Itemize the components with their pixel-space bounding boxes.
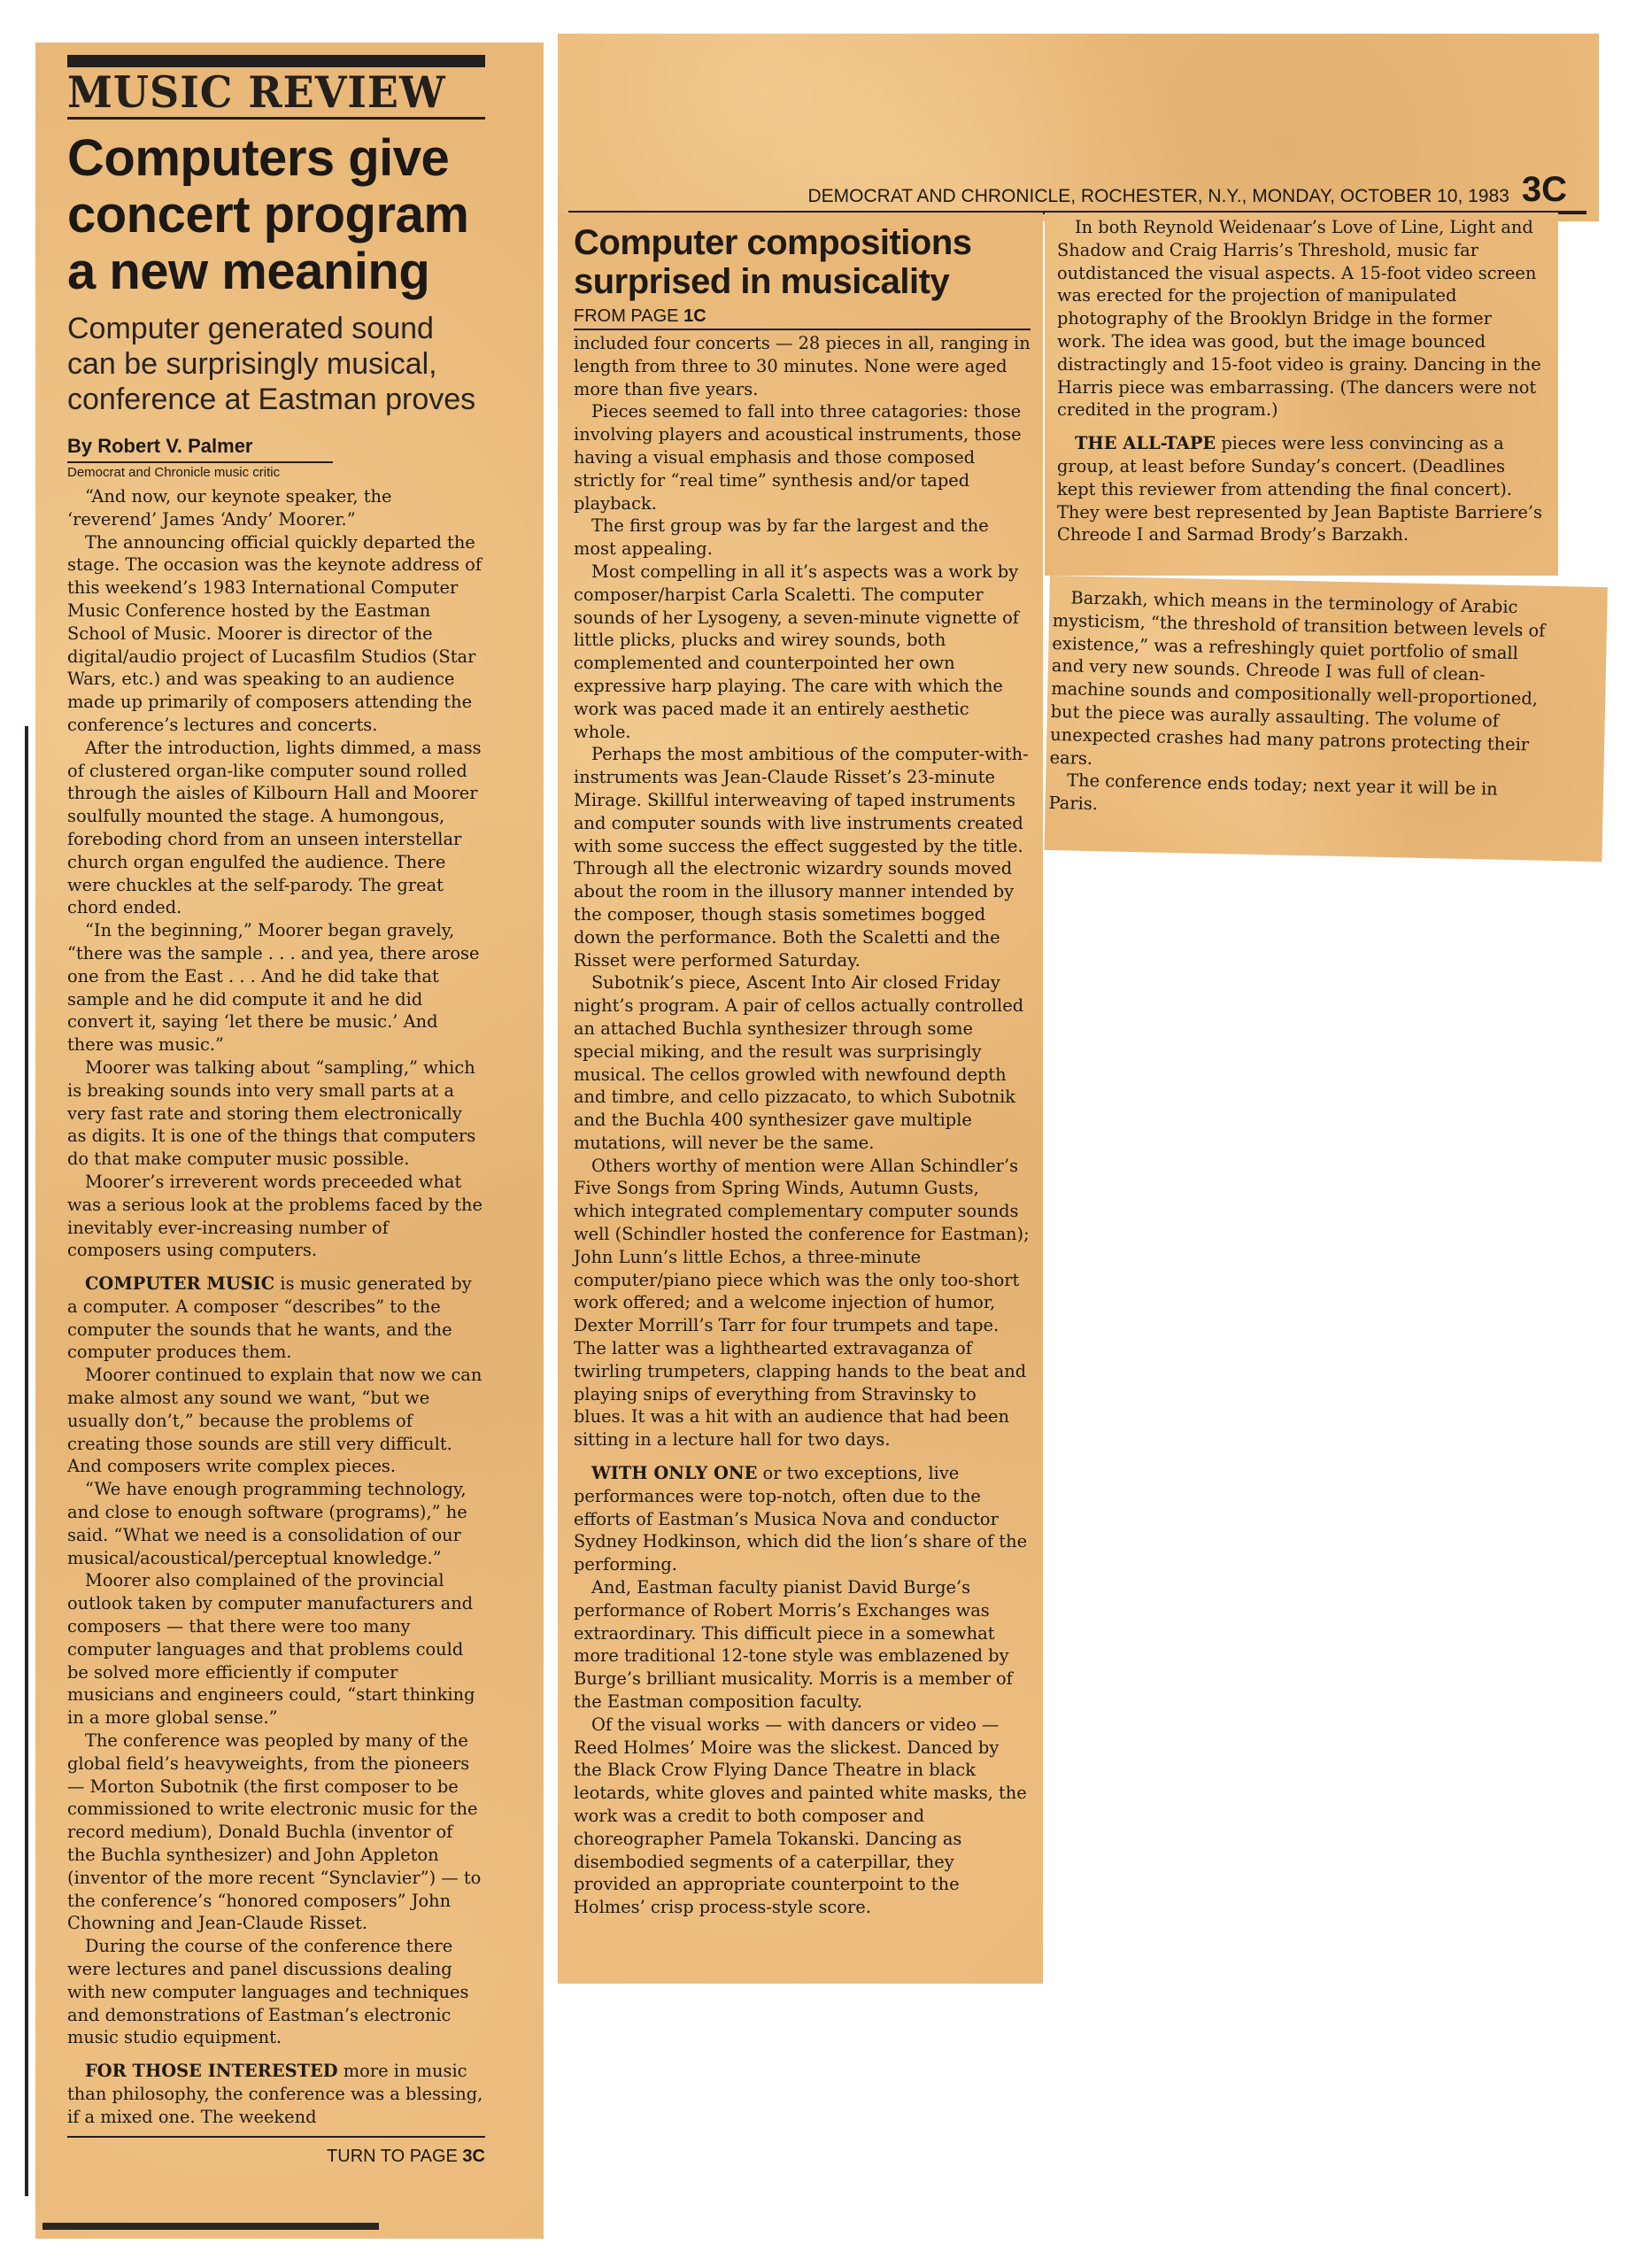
paragraph-lead-in: THE ALL-TAPE [1075,433,1216,453]
paragraph-text: The conference ends today; next year it … [1048,770,1498,815]
kicker-top-rule [67,55,485,67]
continuation-clipping-col2: In both Reynold Weidenaar’s Love of Line… [1045,213,1558,576]
article-deck: Computer generated sound can be surprisi… [67,311,485,417]
article-paragraph: The announcing official quickly departed… [67,531,485,737]
headline-line: Computers give [67,130,485,187]
jump-rule [67,2136,485,2138]
byline-credit: Democrat and Chronicle music critic [67,465,485,480]
continuation-clipping: Computer compositions surprised in music… [558,213,1043,1984]
deck-line: conference at Eastman proves [67,382,485,417]
continuation-body-col2: In both Reynold Weidenaar’s Love of Line… [1057,216,1546,546]
paragraph-text: The first group was by far the largest a… [574,515,989,559]
headline-line: a new meaning [67,244,485,300]
paragraph-text: Moorer continued to explain that now we … [67,1365,482,1476]
paragraph-text: “In the beginning,” Moorer began gravely… [67,920,479,1055]
headline-line: surprised in musicality [574,262,1031,301]
paragraph-text: The conference was peopled by many of th… [67,1730,481,1933]
article-paragraph: “And now, our keynote speaker, the ‘reve… [67,485,485,531]
page-folio-strip: DEMOCRAT AND CHRONICLE, ROCHESTER, N.Y.,… [558,34,1599,221]
deck-line: can be surprisingly musical, [67,346,485,382]
article-paragraph: Subotnik’s piece, Ascent Into Air closed… [574,971,1031,1154]
paragraph-text: Barzakh, which means in the terminology … [1049,587,1545,768]
folio-page-number: 3C [1522,172,1567,207]
paragraph-text: Subotnik’s piece, Ascent Into Air closed… [574,972,1023,1153]
article-paragraph: Most compelling in all it’s aspects was … [574,561,1031,743]
continuation-body-col1: included four concerts — 28 pieces in al… [574,332,1031,1919]
left-article-clipping: MUSIC REVIEW Computers give concert prog… [35,43,544,2239]
article-paragraph: Moorer continued to explain that now we … [67,1364,485,1478]
article-paragraph: Pieces seemed to fall into three catagor… [574,400,1031,515]
deck-line: Computer generated sound [67,311,485,346]
paragraph-text: After the introduction, lights dimmed, a… [67,738,482,918]
article-paragraph: THE ALL-TAPE pieces were less convincing… [1057,432,1546,546]
paragraph-text: “And now, our keynote speaker, the ‘reve… [67,486,391,530]
paragraph-text: Perhaps the most ambitious of the comput… [574,744,1029,970]
paragraph-text: In both Reynold Weidenaar’s Love of Line… [1057,217,1541,420]
paragraph-text: Moorer’s irreverent words preceeded what… [67,1172,482,1260]
article-paragraph: “In the beginning,” Moorer began gravely… [67,919,485,1056]
clipping-bottom-rule [42,2223,379,2230]
clipping-shadow-edge [25,726,28,2196]
headline-line: concert program [67,187,485,244]
byline: By Robert V. Palmer [67,435,485,458]
continuation-headline: Computer compositions surprised in music… [574,223,1031,301]
continuation-clipping-col3: Barzakh, which means in the terminology … [1045,576,1608,862]
article-paragraph: Moorer also complained of the provincial… [67,1569,485,1729]
paragraph-text: Others worthy of mention were Allan Schi… [574,1156,1030,1451]
article-paragraph: Of the visual works — with dancers or vi… [574,1714,1031,1919]
article-paragraph: In both Reynold Weidenaar’s Love of Line… [1057,216,1546,422]
article-paragraph: Barzakh, which means in the terminology … [1049,586,1548,779]
headline-line: Computer compositions [574,223,1031,262]
paragraph-lead-in: COMPUTER MUSIC [85,1273,274,1294]
article-headline: Computers give concert program a new mea… [67,130,485,300]
article-paragraph: The conference was peopled by many of th… [67,1729,485,1935]
article-paragraph: “We have enough programming technology, … [67,1478,485,1569]
jump-page-number: 3C [462,2147,485,2166]
from-page-line: FROM PAGE 1C [574,306,1031,327]
article-paragraph: WITH ONLY ONE or two exceptions, live pe… [574,1462,1031,1576]
paragraph-text: Most compelling in all it’s aspects was … [574,561,1019,742]
article-paragraph: The first group was by far the largest a… [574,515,1031,561]
paragraph-text: Of the visual works — with dancers or vi… [574,1714,1027,1917]
article-paragraph: COMPUTER MUSIC is music generated by a c… [67,1273,485,1364]
kicker-bottom-rule [67,117,485,120]
article-paragraph: The conference ends today; next year it … [1048,769,1545,824]
folio-dateline: DEMOCRAT AND CHRONICLE, ROCHESTER, N.Y.,… [807,186,1509,207]
jump-line: TURN TO PAGE 3C [67,2147,485,2167]
paragraph-lead-in: FOR THOSE INTERESTED [85,2061,338,2081]
article-paragraph: Perhaps the most ambitious of the comput… [574,743,1031,971]
article-paragraph: And, Eastman faculty pianist David Burge… [574,1576,1031,1714]
page-folio: DEMOCRAT AND CHRONICLE, ROCHESTER, N.Y.,… [682,172,1567,207]
article-paragraph: Moorer was talking about “sampling,” whi… [67,1056,485,1171]
paragraph-text: During the course of the conference ther… [67,1936,468,2047]
jump-label: TURN TO PAGE [327,2147,458,2166]
article-paragraph: During the course of the conference ther… [67,1935,485,2049]
from-page-number: 1C [683,306,706,326]
paragraph-text: Moorer was talking about “sampling,” whi… [67,1057,475,1169]
paragraph-text: The announcing official quickly departed… [67,532,482,735]
article-paragraph: After the introduction, lights dimmed, a… [67,737,485,919]
paragraph-text: Moorer also complained of the provincial… [67,1570,475,1728]
article-paragraph: FOR THOSE INTERESTED more in music than … [67,2060,485,2128]
paragraph-text: included four concerts — 28 pieces in al… [574,333,1031,399]
paragraph-text: Pieces seemed to fall into three catagor… [574,401,1022,513]
article-paragraph: included four concerts — 28 pieces in al… [574,332,1031,400]
article-paragraph: Others worthy of mention were Allan Schi… [574,1155,1031,1451]
paragraph-text: “We have enough programming technology, … [67,1479,467,1567]
byline-rule [67,461,333,463]
article-body: “And now, our keynote speaker, the ‘reve… [67,485,485,2129]
continuation-body-col3: Barzakh, which means in the terminology … [1048,586,1548,825]
paragraph-text: And, Eastman faculty pianist David Burge… [574,1577,1013,1712]
section-kicker: MUSIC REVIEW [67,68,485,117]
article-paragraph: Moorer’s irreverent words preceeded what… [67,1171,485,1262]
paragraph-lead-in: WITH ONLY ONE [591,1463,757,1483]
from-page-label: FROM PAGE [574,306,679,326]
from-page-rule [574,329,1031,330]
